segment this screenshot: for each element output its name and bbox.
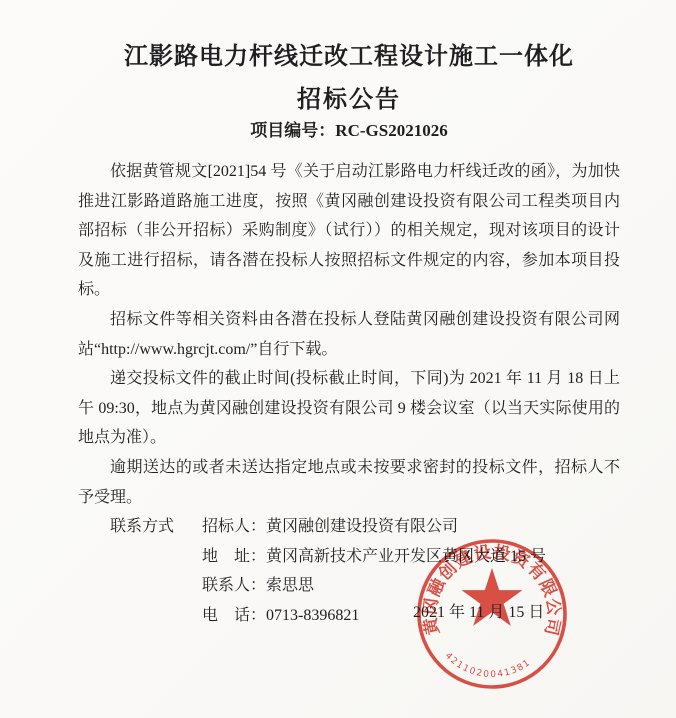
tenderer-value: 黄冈融创建设投资有限公司 xyxy=(266,518,458,535)
contact-person-label: 联系人： xyxy=(202,577,266,594)
paragraph-deadline: 递交投标文件的截止时间(投标截止时间，下同)为 2021 年 11 月 18 日… xyxy=(78,364,620,453)
project-number: 项目编号：RC-GS2021026 xyxy=(78,119,620,143)
document-body: 依据黄管规文[2021]54 号《关于启动江影路电力杆线迁改的函》，为加快推进江… xyxy=(78,157,620,512)
phone-label: 电 话： xyxy=(202,607,266,624)
issue-date: 2021 年 11 月 15 日 xyxy=(413,601,544,625)
phone-value: 0713-8396821 xyxy=(266,607,359,624)
contact-person-value: 索思思 xyxy=(266,577,314,594)
paragraph-download: 招标文件等相关资料由各潜在投标人登陆黄冈融创建设投资有限公司网站“http://… xyxy=(78,305,620,364)
tenderer-label: 招标人： xyxy=(202,518,266,535)
document-title-line-2: 招标公告 xyxy=(78,85,620,115)
document-page: 江影路电力杆线迁改工程设计施工一体化 招标公告 项目编号：RC-GS202102… xyxy=(0,0,676,718)
paragraph-late-submission: 逾期送达的或者未送达指定地点或未按要求密封的投标文件，招标人不予受理。 xyxy=(78,453,620,512)
document-title-line-1: 江影路电力杆线迁改工程设计施工一体化 xyxy=(78,42,620,72)
paragraph-basis: 依据黄管规文[2021]54 号《关于启动江影路电力杆线迁改的函》，为加快推进江… xyxy=(78,157,620,305)
address-label: 地 址： xyxy=(202,548,266,565)
contact-section-label: 联系方式 xyxy=(110,512,202,542)
